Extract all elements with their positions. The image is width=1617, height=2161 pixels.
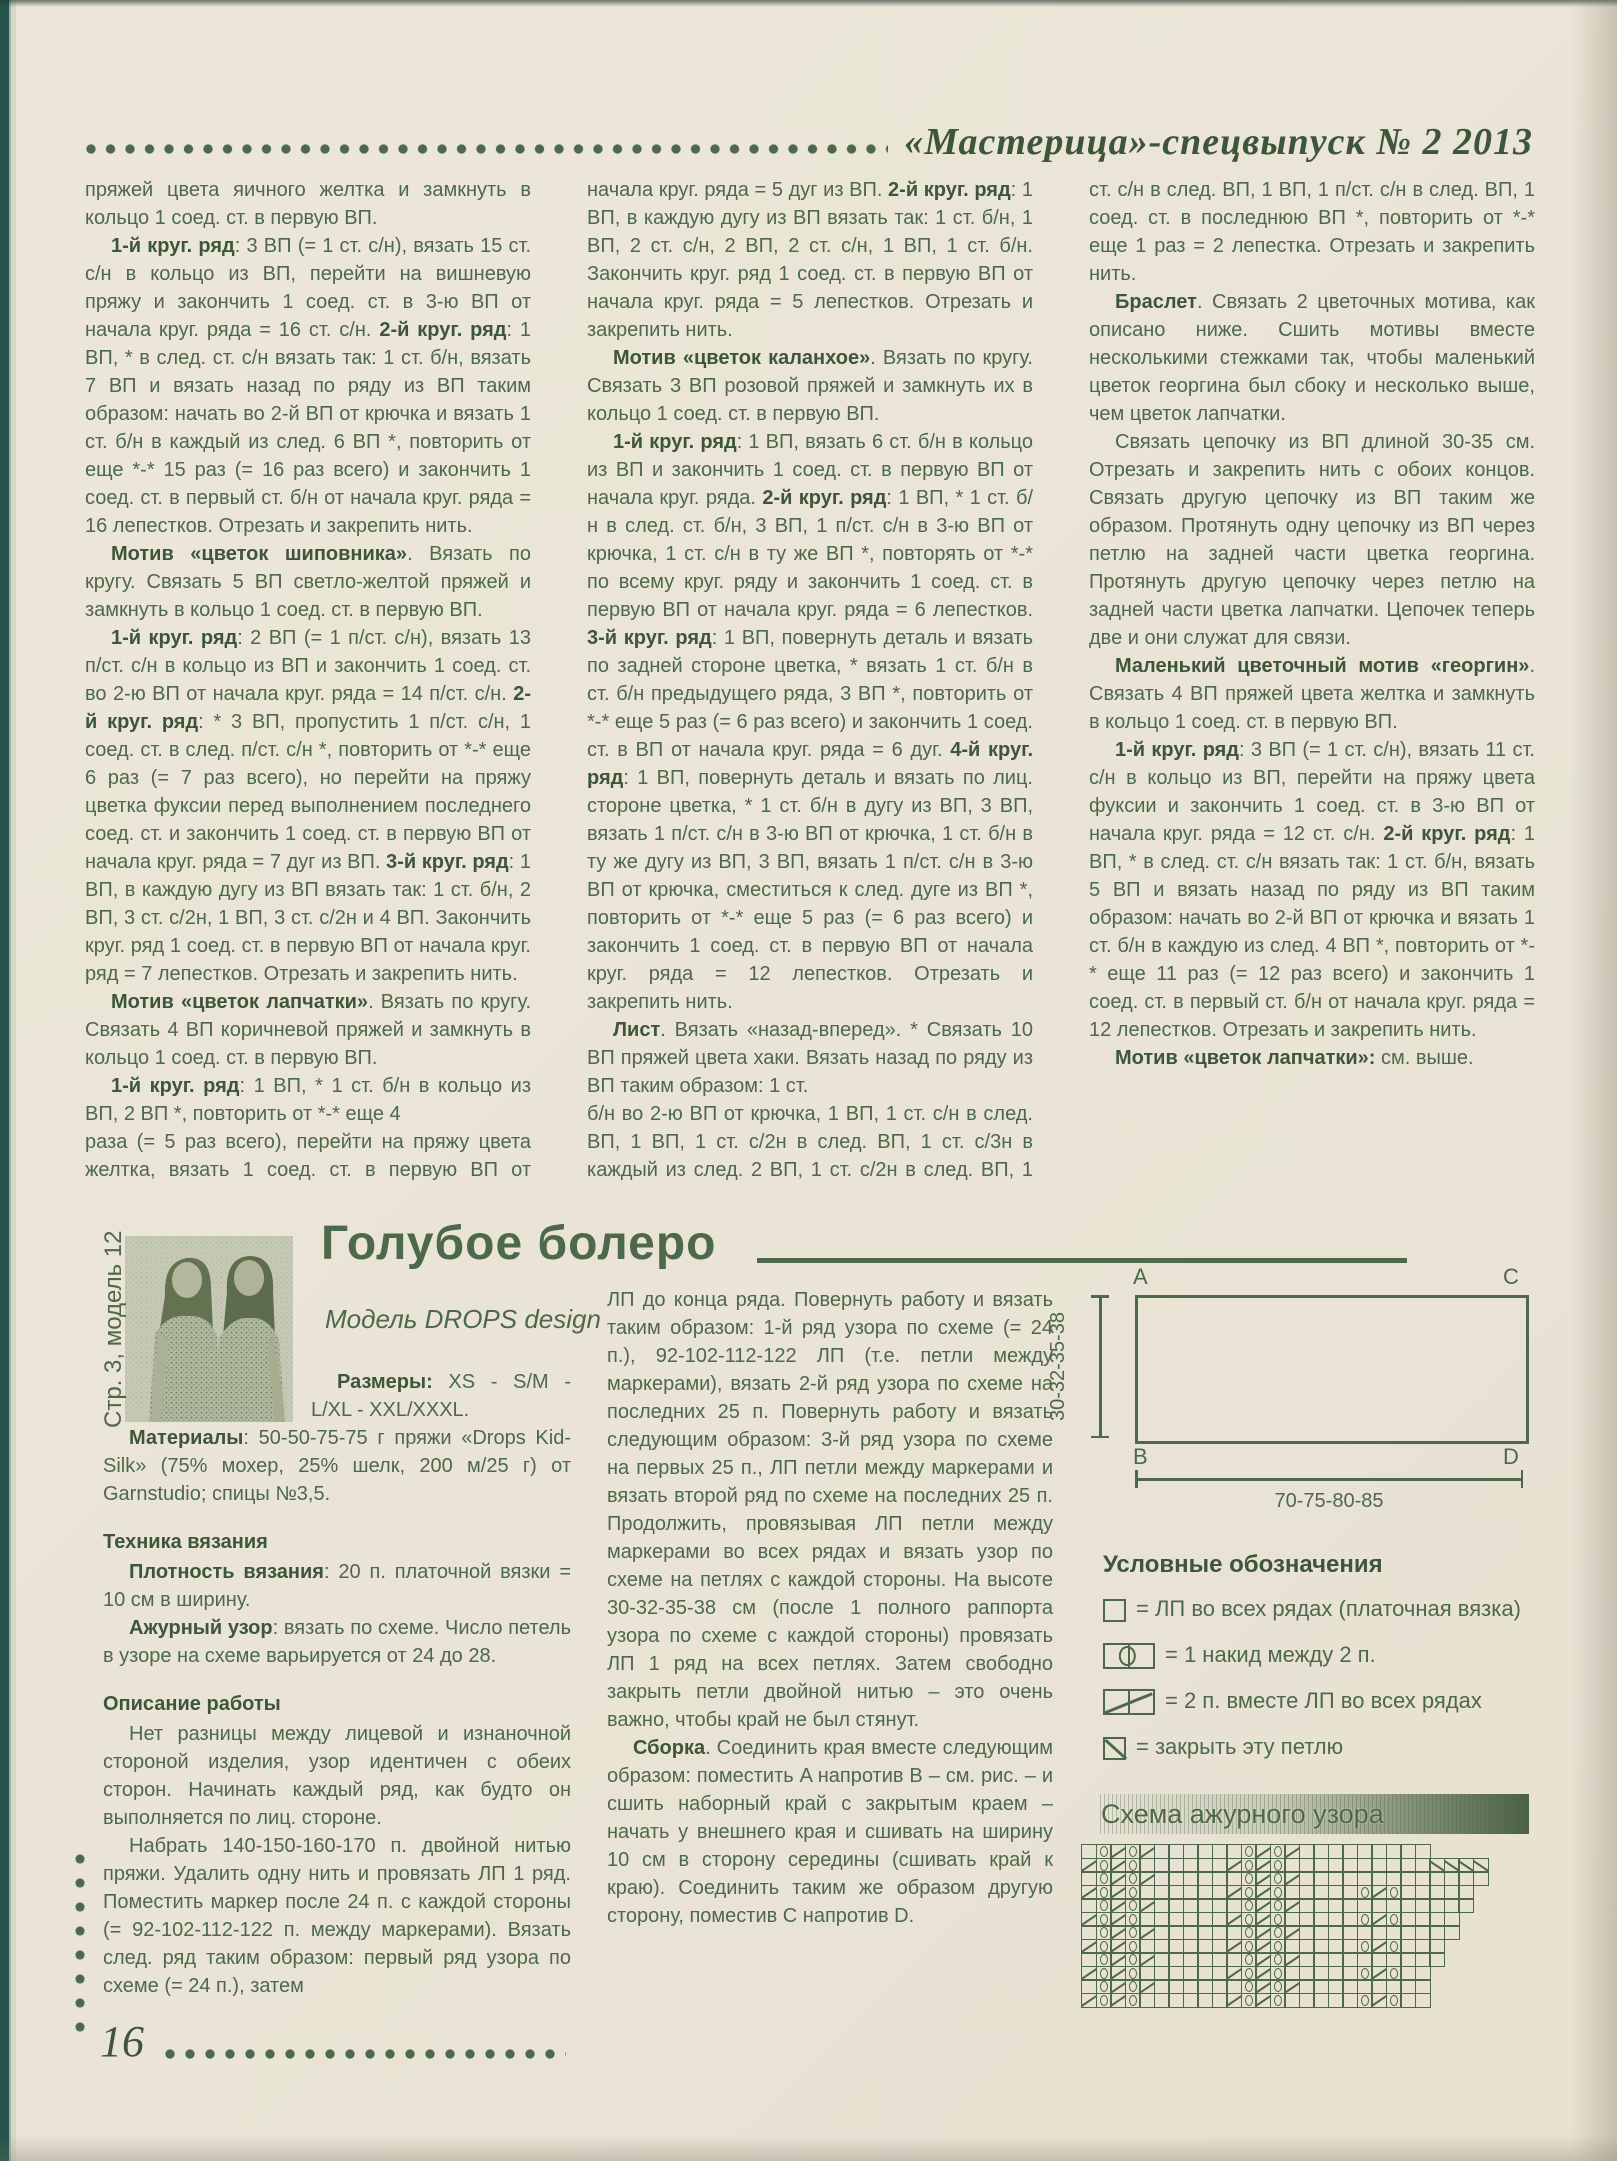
paragraph: Связать цепочку из ВП длиной 30-35 см. О… [1089,428,1535,652]
chart-row [1081,1993,1489,2008]
subheading: Техника вязания [103,1528,571,1556]
margin-dotted-line [72,1852,88,2044]
paragraph: 1-й круг. ряд: 1 ВП, вязать 6 ст. б/н в … [587,428,1033,1016]
chart-title: Схема ажурного узора [1097,1799,1384,1830]
corner-label-c: C [1503,1264,1519,1290]
legend-item-knit2tog: = 2 п. вместе ЛП во всех рядах [1103,1686,1543,1716]
paragraph: Ажурный узор: вязать по схеме. Число пет… [103,1614,571,1670]
page-number: 16 [100,2016,144,2067]
knit2tog-icon [1103,1689,1155,1715]
paragraph: Мотив «цветок лапчатки»: см. выше. [1089,1044,1535,1072]
scan-edge-top [0,0,1617,7]
corner-label-a: A [1133,1264,1148,1290]
scan-edge-left [0,0,16,2161]
knit-cell [1444,1925,1460,1940]
magazine-page: «Мастерица»-спецвыпуск № 2 2013 пряжей ц… [0,0,1617,2161]
paragraph: Маленький цветочный мотив «георгин». Свя… [1089,652,1535,736]
knit-square-icon [1103,1599,1126,1622]
legend-item-yarn-over: = 1 накид между 2 п. [1103,1640,1543,1670]
paragraph: Мотив «цветок шиповника». Вязать по круг… [85,540,531,624]
height-dimension-line [1099,1295,1102,1438]
knit-cell [1415,1993,1431,2008]
paragraph: 1-й круг. ряд: 2 ВП (= 1 п/ст. с/н), вяз… [85,624,531,988]
paragraph: 1-й круг. ряд: 1 ВП, * 1 ст. б/н в кольц… [85,1072,531,1128]
chart-title-bar: Схема ажурного узора [1097,1794,1529,1834]
paragraph: Материалы: 50-50-75-75 г пряжи «Drops Ki… [103,1424,571,1508]
subheading: Описание работы [103,1690,571,1718]
width-dimension-label: 70-75-80-85 [1135,1490,1523,1513]
footer-dotted-line [164,2048,566,2061]
paragraph: 1-й круг. ряд: 3 ВП (= 1 ст. с/н), вязат… [85,232,531,540]
bolero-col-2: ЛП до конца ряда. Повернуть работу и вяз… [607,1286,1053,1930]
legend-item-knit: = ЛП во всех рядах (платочная вязка) [1103,1594,1543,1624]
article-byline: Модель DROPS design [325,1304,601,1335]
yarn-over-icon [1103,1643,1155,1669]
paragraph: Лист. Вязать «назад-вперед». * Связать 1… [587,1016,1033,1100]
paragraph: Мотив «цветок каланхое». Вязать по кругу… [587,344,1033,428]
knit-cell [1458,1898,1474,1913]
paragraph: Нет разницы между лицевой и изнаночной с… [103,1720,571,1832]
height-dimension-label: 30-32-35-38 [1047,1295,1073,1438]
width-dimension-line [1135,1478,1523,1481]
paragraph: пряжей цвета яичного желтка и замкнуть в… [85,176,531,232]
bolero-article: Голубое болеро Модель DROPS design [95,1222,1565,2122]
corner-label-b: B [1133,1444,1148,1470]
masthead: «Мастерица»-спецвыпуск № 2 2013 [85,120,1533,164]
corner-label-d: D [1503,1444,1519,1470]
bind-off-icon [1103,1737,1126,1760]
knit-cell [1473,1871,1489,1886]
title-rule [757,1258,1407,1263]
article-title: Голубое болеро [321,1216,716,1271]
instructions-col-1: пряжей цвета яичного желтка и замкнуть в… [85,176,531,1128]
knit-cell [1429,1952,1445,1967]
paragraph: 1-й круг. ряд: 3 ВП (= 1 ст. с/н), вязат… [1089,736,1535,1044]
schematic-rectangle [1135,1295,1529,1444]
paragraph: Браслет. Связать 2 цветочных мотива, как… [1089,288,1535,428]
legend-item-bind-off: = закрыть эту петлю [1103,1732,1543,1762]
legend-title: Условные обозначения [1103,1550,1543,1580]
sidebar-page-model-label: Стр. 3, модель 12 [100,1228,128,1428]
magazine-title: «Мастерица»-спецвыпуск № 2 2013 [904,120,1533,164]
bolero-col1-text: Размеры: XS - S/M - L/XL - XXL/XXXL.Мате… [103,1368,571,2000]
instructions-columns: пряжей цвета яичного желтка и замкнуть в… [85,176,1535,1192]
lace-pattern-chart [1081,1844,1489,2008]
paragraph: Мотив «цветок лапчатки». Вязать по кругу… [85,988,531,1072]
bolero-col-1: Размеры: XS - S/M - L/XL - XXL/XXXL.Мате… [103,1368,571,2000]
masthead-dotted-line [85,143,888,156]
scan-edge-bottom [0,2135,1617,2161]
paragraph: ЛП до конца ряда. Повернуть работу и вяз… [607,1286,1053,1734]
paragraph: Плотность вязания: 20 п. платочной вязки… [103,1558,571,1614]
scan-edge-right [1571,0,1617,2161]
symbol-legend: Условные обозначения = ЛП во всех рядах … [1103,1550,1543,1778]
paragraph: Сборка. Соединить края вместе следующим … [607,1734,1053,1930]
paragraph: Набрать 140-150-160-170 п. двойной нитью… [103,1832,571,2000]
photo-wrap-spacer [103,1368,311,1422]
